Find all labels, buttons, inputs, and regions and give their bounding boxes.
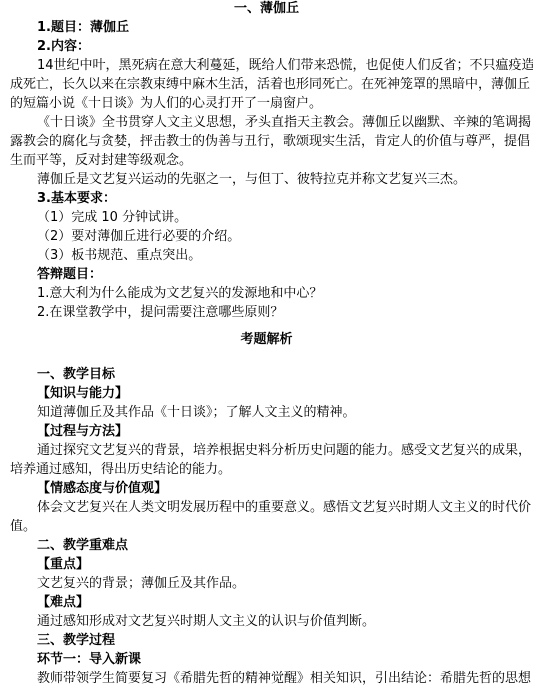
difficult-label: 【难点】	[37, 593, 89, 612]
requirement-item: （1）完成 10 分钟试讲。	[37, 208, 187, 227]
process-heading: 三、教学过程	[37, 631, 115, 650]
emotion-text: 值。	[10, 517, 522, 536]
content-label: 2.内容：	[37, 37, 90, 56]
keypoints-heading: 二、教学重难点	[37, 536, 128, 555]
paragraph-line: 的短篇小说《十日谈》为人们的心灵打开了一扇窗户。	[10, 94, 522, 113]
paragraph-line: 薄伽丘是文艺复兴运动的先驱之一，与但丁、彼特拉克并称文艺复兴三杰。	[37, 170, 466, 189]
key-text: 文艺复兴的背景；薄伽丘及其作品。	[37, 574, 245, 593]
knowledge-label: 【知识与能力】	[37, 384, 128, 403]
requirement-item: （3）板书规范、重点突出。	[37, 246, 201, 265]
paragraph-line: 露教会的腐化与贪婪，抨击教士的伪善与丑行，歌颂现实生活，肯定人的价值与尊严，提倡	[10, 132, 522, 151]
requirements-label: 3.基本要求：	[37, 189, 116, 208]
requirement-item: （2）要对薄伽丘进行必要的介绍。	[37, 227, 240, 246]
knowledge-text: 知道薄伽丘及其作品《十日谈》；了解人文主义的精神。	[37, 403, 356, 422]
step1-text: 教师带领学生简要复习《希腊先哲的精神觉醒》相关知识，引出结论：希腊先哲的思想	[37, 669, 531, 688]
question-item: 2.在课堂教学中，提问需要注意哪些原则？	[37, 303, 283, 322]
process-text: 通过探究文艺复兴的背景，培养根据史料分析历史问题的能力。感受文艺复兴的成果，	[37, 441, 531, 460]
paragraph-line: 14世纪中叶，黑死病在意大利蔓延，既给人们带来恐慌，也促使人们反省；不只瘟疫造	[37, 56, 533, 75]
analysis-title: 考题解析	[0, 330, 533, 349]
process-label: 【过程与方法】	[37, 422, 128, 441]
paragraph-line: 《十日谈》全书贯穿人文主义思想，矛头直指天主教会。薄伽丘以幽默、辛辣的笔调揭	[37, 113, 531, 132]
emotion-text: 体会文艺复兴在人类文明发展历程中的重要意义。感悟文艺复兴时期人文主义的时代价	[37, 498, 531, 517]
goals-heading: 一、教学目标	[37, 365, 115, 384]
topic-label: 1.题目：薄伽丘	[37, 18, 129, 37]
qa-label: 答辩题目：	[37, 265, 102, 284]
process-text: 培养通过感知，得出历史结论的能力。	[10, 460, 522, 479]
emotion-label: 【情感态度与价值观】	[37, 479, 167, 498]
paragraph-line: 生而平等，反对封建等级观念。	[10, 151, 522, 170]
key-label: 【重点】	[37, 555, 89, 574]
paragraph-line: 成死亡，长久以来在宗教束缚中麻木生活，活着也形同死亡。在死神笼罩的黑暗中，薄伽丘	[10, 75, 522, 94]
section-title: 一、薄伽丘	[0, 0, 533, 18]
step1-label: 环节一：导入新课	[37, 650, 141, 669]
question-item: 1.意大利为什么能成为文艺复兴的发源地和中心？	[37, 284, 322, 303]
difficult-text: 通过感知形成对文艺复兴时期人文主义的认识与价值判断。	[37, 612, 375, 631]
